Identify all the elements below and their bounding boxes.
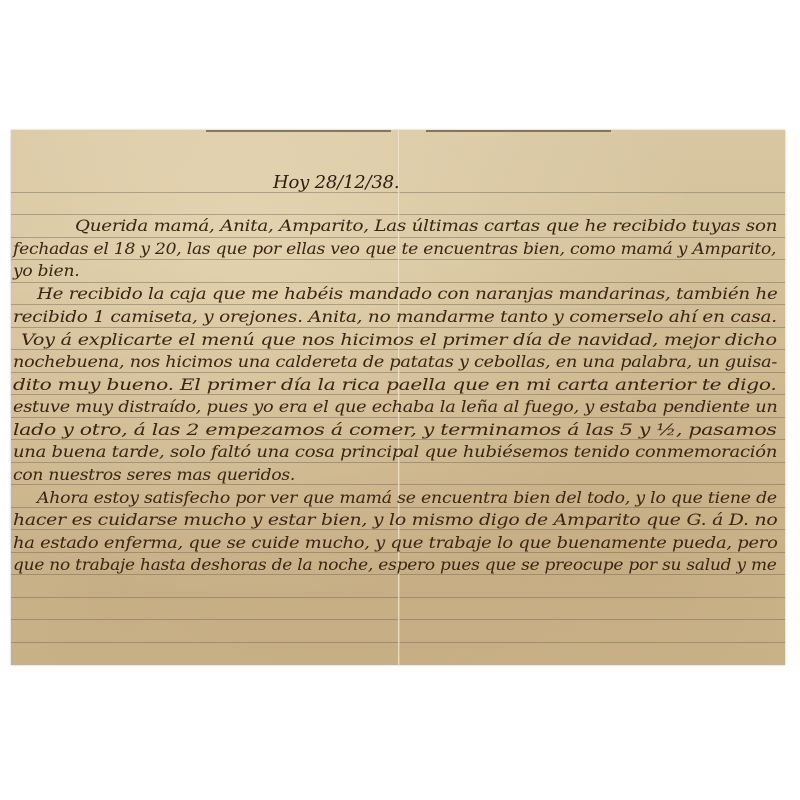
letter-line: ha estado enferma, que se cuide mucho, y… (13, 536, 778, 552)
letter-line: recibido 1 camiseta, y orejones. Anita, … (13, 310, 777, 326)
letter-paper: Hoy 28/12/38. Querida mamá, Anita, Ampar… (11, 130, 785, 665)
letter-line: una buena tarde, solo faltó una cosa pri… (13, 445, 777, 461)
letter-line: lado y otro, á las 2 empezamos á comer, … (13, 423, 777, 439)
letter-line: Voy á explicarte el menú que nos hicimos… (21, 333, 777, 349)
letter-line: He recibido la caja que me habéis mandad… (37, 287, 778, 303)
letter-line: con nuestros seres mas queridos. (13, 468, 295, 484)
letter-line: estuve muy distraído, pues yo era el que… (13, 400, 778, 416)
paper-edge-mark (206, 130, 391, 132)
letter-line: dito muy bueno. El primer día la rica pa… (13, 378, 777, 394)
letter-line: Querida mamá, Anita, Amparito, Las últim… (75, 219, 777, 235)
letter-line: que no trabaje hasta deshoras de la noch… (13, 558, 777, 574)
letter-date: Hoy 28/12/38. (273, 174, 399, 192)
letter-line: nochebuena, nos hicimos una caldereta de… (13, 355, 777, 371)
paper-edge-mark (426, 130, 611, 132)
letter-line: hacer es cuidarse mucho y estar bien, y … (13, 513, 777, 529)
letter-line: yo bien. (13, 264, 79, 280)
letter-line: fechadas el 18 y 20, las que por ellas v… (13, 242, 776, 258)
letter-line: Ahora estoy satisfecho por ver que mamá … (37, 491, 777, 507)
